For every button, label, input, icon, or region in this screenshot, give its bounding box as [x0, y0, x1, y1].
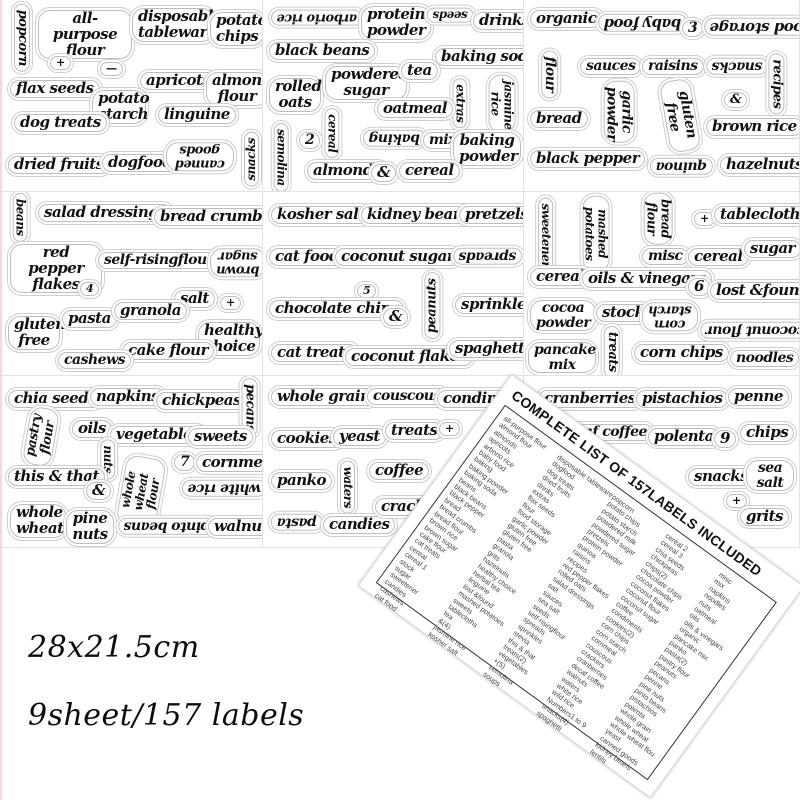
- sticker-sheet-5: kosher salt kidney beans pretzels cat fo…: [263, 192, 524, 376]
- sticker: 6: [688, 278, 710, 296]
- sticker: chips: [740, 424, 794, 442]
- sticker: +: [694, 212, 715, 226]
- sticker: powdered sugar: [325, 66, 407, 100]
- sticker: yeast: [333, 428, 386, 446]
- sticker: almond flour: [206, 72, 263, 106]
- sticker: oatmeal: [377, 100, 453, 118]
- sticker-sheet-1: popcorn all-purpose flour disposable tab…: [2, 0, 263, 192]
- sticker: chickpeas: [156, 392, 247, 410]
- label-count-text: 9sheet/157 labels: [28, 698, 304, 733]
- sticker: arborio rice: [271, 10, 363, 26]
- sticker: cereal: [399, 162, 460, 180]
- sticker: sprinkles: [455, 296, 524, 314]
- sticker: pistachios: [636, 390, 728, 408]
- sticker: sweets: [188, 428, 253, 446]
- sticker: self-risingflour: [98, 252, 220, 269]
- sticker: panko: [271, 472, 332, 490]
- sticker: noodles: [730, 350, 799, 367]
- sticker: baking: [363, 130, 426, 147]
- sticker: flax seeds: [10, 80, 100, 98]
- sticker: +: [50, 56, 71, 70]
- sticker: sea salt: [746, 460, 794, 491]
- sticker: corn chips: [634, 344, 729, 362]
- sticker: napkins: [90, 388, 165, 406]
- sticker: gluten free: [8, 316, 60, 350]
- sticker: —: [100, 62, 123, 76]
- sticker: mashed potatoes: [582, 196, 609, 272]
- sticker: &: [724, 92, 747, 108]
- sticker-sheet-3: organic baby food 3 food storage flour s…: [524, 0, 800, 192]
- sticker: 5: [357, 284, 376, 298]
- sticker: cashews: [58, 352, 131, 369]
- sticker-sheet-4: beans salad dressings bread crumbs red p…: [2, 192, 263, 376]
- sticker: 7: [174, 454, 195, 471]
- sticker: pine nuts: [66, 510, 114, 544]
- sticker: 2: [299, 132, 320, 149]
- sticker: candies: [323, 516, 395, 534]
- sticker: black pepper: [530, 150, 645, 168]
- sticker: garlic powder: [603, 81, 634, 143]
- sticker: waters: [340, 461, 355, 514]
- sticker: dried fruits: [8, 156, 110, 174]
- sticker: coconut sugar: [335, 248, 460, 266]
- sticker: +: [439, 422, 460, 436]
- sticker: black beans: [269, 42, 375, 60]
- sticker-sheet-7: chia seeds napkins chickpeas pecans past…: [2, 376, 263, 548]
- sticker: quinoa: [650, 158, 713, 175]
- sticker: cocoa powder: [530, 300, 596, 331]
- sticker: extras: [453, 78, 468, 128]
- sticker: sweetener: [539, 197, 554, 273]
- sticker: pancake mix: [528, 342, 596, 373]
- sticker: brown rice: [706, 118, 800, 136]
- sticker: cake flour: [122, 342, 214, 360]
- sticker: spreads: [453, 248, 522, 265]
- sticker: bread: [530, 110, 588, 128]
- sticker: seeds: [427, 8, 474, 23]
- sticker: pasta: [62, 310, 117, 328]
- sticker: +: [220, 296, 241, 310]
- sticker-sheet-2: arborio rice protein powder seeds drinks…: [263, 0, 524, 192]
- size-text: 28x21.5cm: [28, 630, 200, 665]
- sticker: semolina: [274, 123, 289, 192]
- sticker: dog treats: [14, 114, 107, 132]
- sticker-sheet-6: sweetener mashed potatoes bread flour + …: [524, 192, 800, 376]
- sticker: spaghetti: [449, 340, 524, 358]
- sticker: all-purpose flour: [38, 10, 132, 59]
- sticker: linguine: [158, 106, 236, 124]
- sticker: bread crumbs: [154, 208, 263, 226]
- sticker: grits: [740, 508, 789, 526]
- sticker: snacks: [244, 132, 259, 187]
- sticker: baking powder: [453, 132, 521, 166]
- sticker: disposable tableware: [132, 8, 214, 42]
- sticker: snacks: [706, 58, 768, 75]
- sticker: drinks: [473, 12, 524, 30]
- sticker: brown sugar: [210, 248, 263, 277]
- sticker: penne: [728, 388, 789, 406]
- sticker: flour: [542, 50, 559, 98]
- sticker: sauces: [580, 58, 641, 75]
- sticker: food storage: [704, 18, 800, 36]
- sticker: coconut flour: [700, 322, 800, 339]
- sticker: tea: [401, 62, 438, 80]
- sticker: raisins: [642, 58, 704, 75]
- sticker: baking soda: [435, 48, 524, 66]
- sticker: &: [86, 482, 111, 500]
- sticker: rolled oats: [269, 78, 321, 112]
- sticker: cereal: [325, 108, 340, 158]
- sticker: pastry flour: [22, 406, 61, 468]
- sticker: pinto beans: [118, 518, 216, 535]
- sticker: 4: [80, 282, 99, 296]
- sticker: 9: [714, 430, 736, 448]
- sticker: misc: [642, 248, 689, 265]
- sticker: sugar: [744, 240, 800, 258]
- sticker: pretzels: [459, 206, 524, 224]
- sticker: popcorn: [14, 4, 30, 72]
- sticker: canned goods: [166, 142, 234, 171]
- sticker: pasta: [271, 514, 323, 531]
- sticker: apricots: [140, 72, 216, 90]
- sticker: kosher salt: [271, 206, 371, 224]
- sticker: hazelnuts: [720, 156, 800, 174]
- sticker: cornmeal: [196, 454, 263, 472]
- sticker: gluten free: [658, 78, 701, 154]
- sticker: jasmine rice: [488, 75, 515, 133]
- sticker: cat food: [269, 248, 345, 266]
- sticker: protein powder: [361, 6, 431, 40]
- sticker: organic: [530, 10, 602, 28]
- sticker: &: [371, 164, 396, 182]
- sticker: tablecloths: [714, 206, 800, 224]
- sticker: oils: [72, 420, 112, 438]
- sticker: beans: [13, 193, 28, 242]
- sticker: peanuts: [424, 273, 440, 340]
- sticker: baby food: [598, 14, 687, 32]
- sticker: whole grain: [271, 388, 377, 406]
- sticker: treats: [385, 422, 443, 440]
- sticker: +: [726, 494, 747, 508]
- sticker: salad dressings: [38, 204, 172, 222]
- sticker: potato chips: [210, 12, 263, 46]
- sticker: corn starch: [642, 302, 698, 331]
- sticker: treats: [604, 326, 620, 376]
- sticker: couscous: [367, 388, 447, 405]
- sticker: cookies: [271, 430, 343, 448]
- sticker: lost &found: [710, 282, 800, 300]
- sticker: walnuts: [208, 518, 263, 536]
- sticker-sheets-grid: popcorn all-purpose flour disposable tab…: [0, 0, 800, 550]
- sticker: cereal: [688, 248, 749, 266]
- sticker: coffee: [369, 462, 429, 480]
- sticker: granola: [114, 302, 187, 320]
- sticker: 3: [682, 20, 703, 37]
- sticker: chia seeds: [8, 390, 102, 408]
- sticker: polenta: [648, 428, 720, 446]
- sticker: white rice: [182, 480, 263, 497]
- sticker: whole wheat: [10, 504, 66, 538]
- sticker: recipes: [769, 53, 785, 114]
- sticker: snacks: [688, 468, 754, 486]
- sticker: &: [383, 308, 408, 326]
- sticker: bread flour: [643, 193, 672, 245]
